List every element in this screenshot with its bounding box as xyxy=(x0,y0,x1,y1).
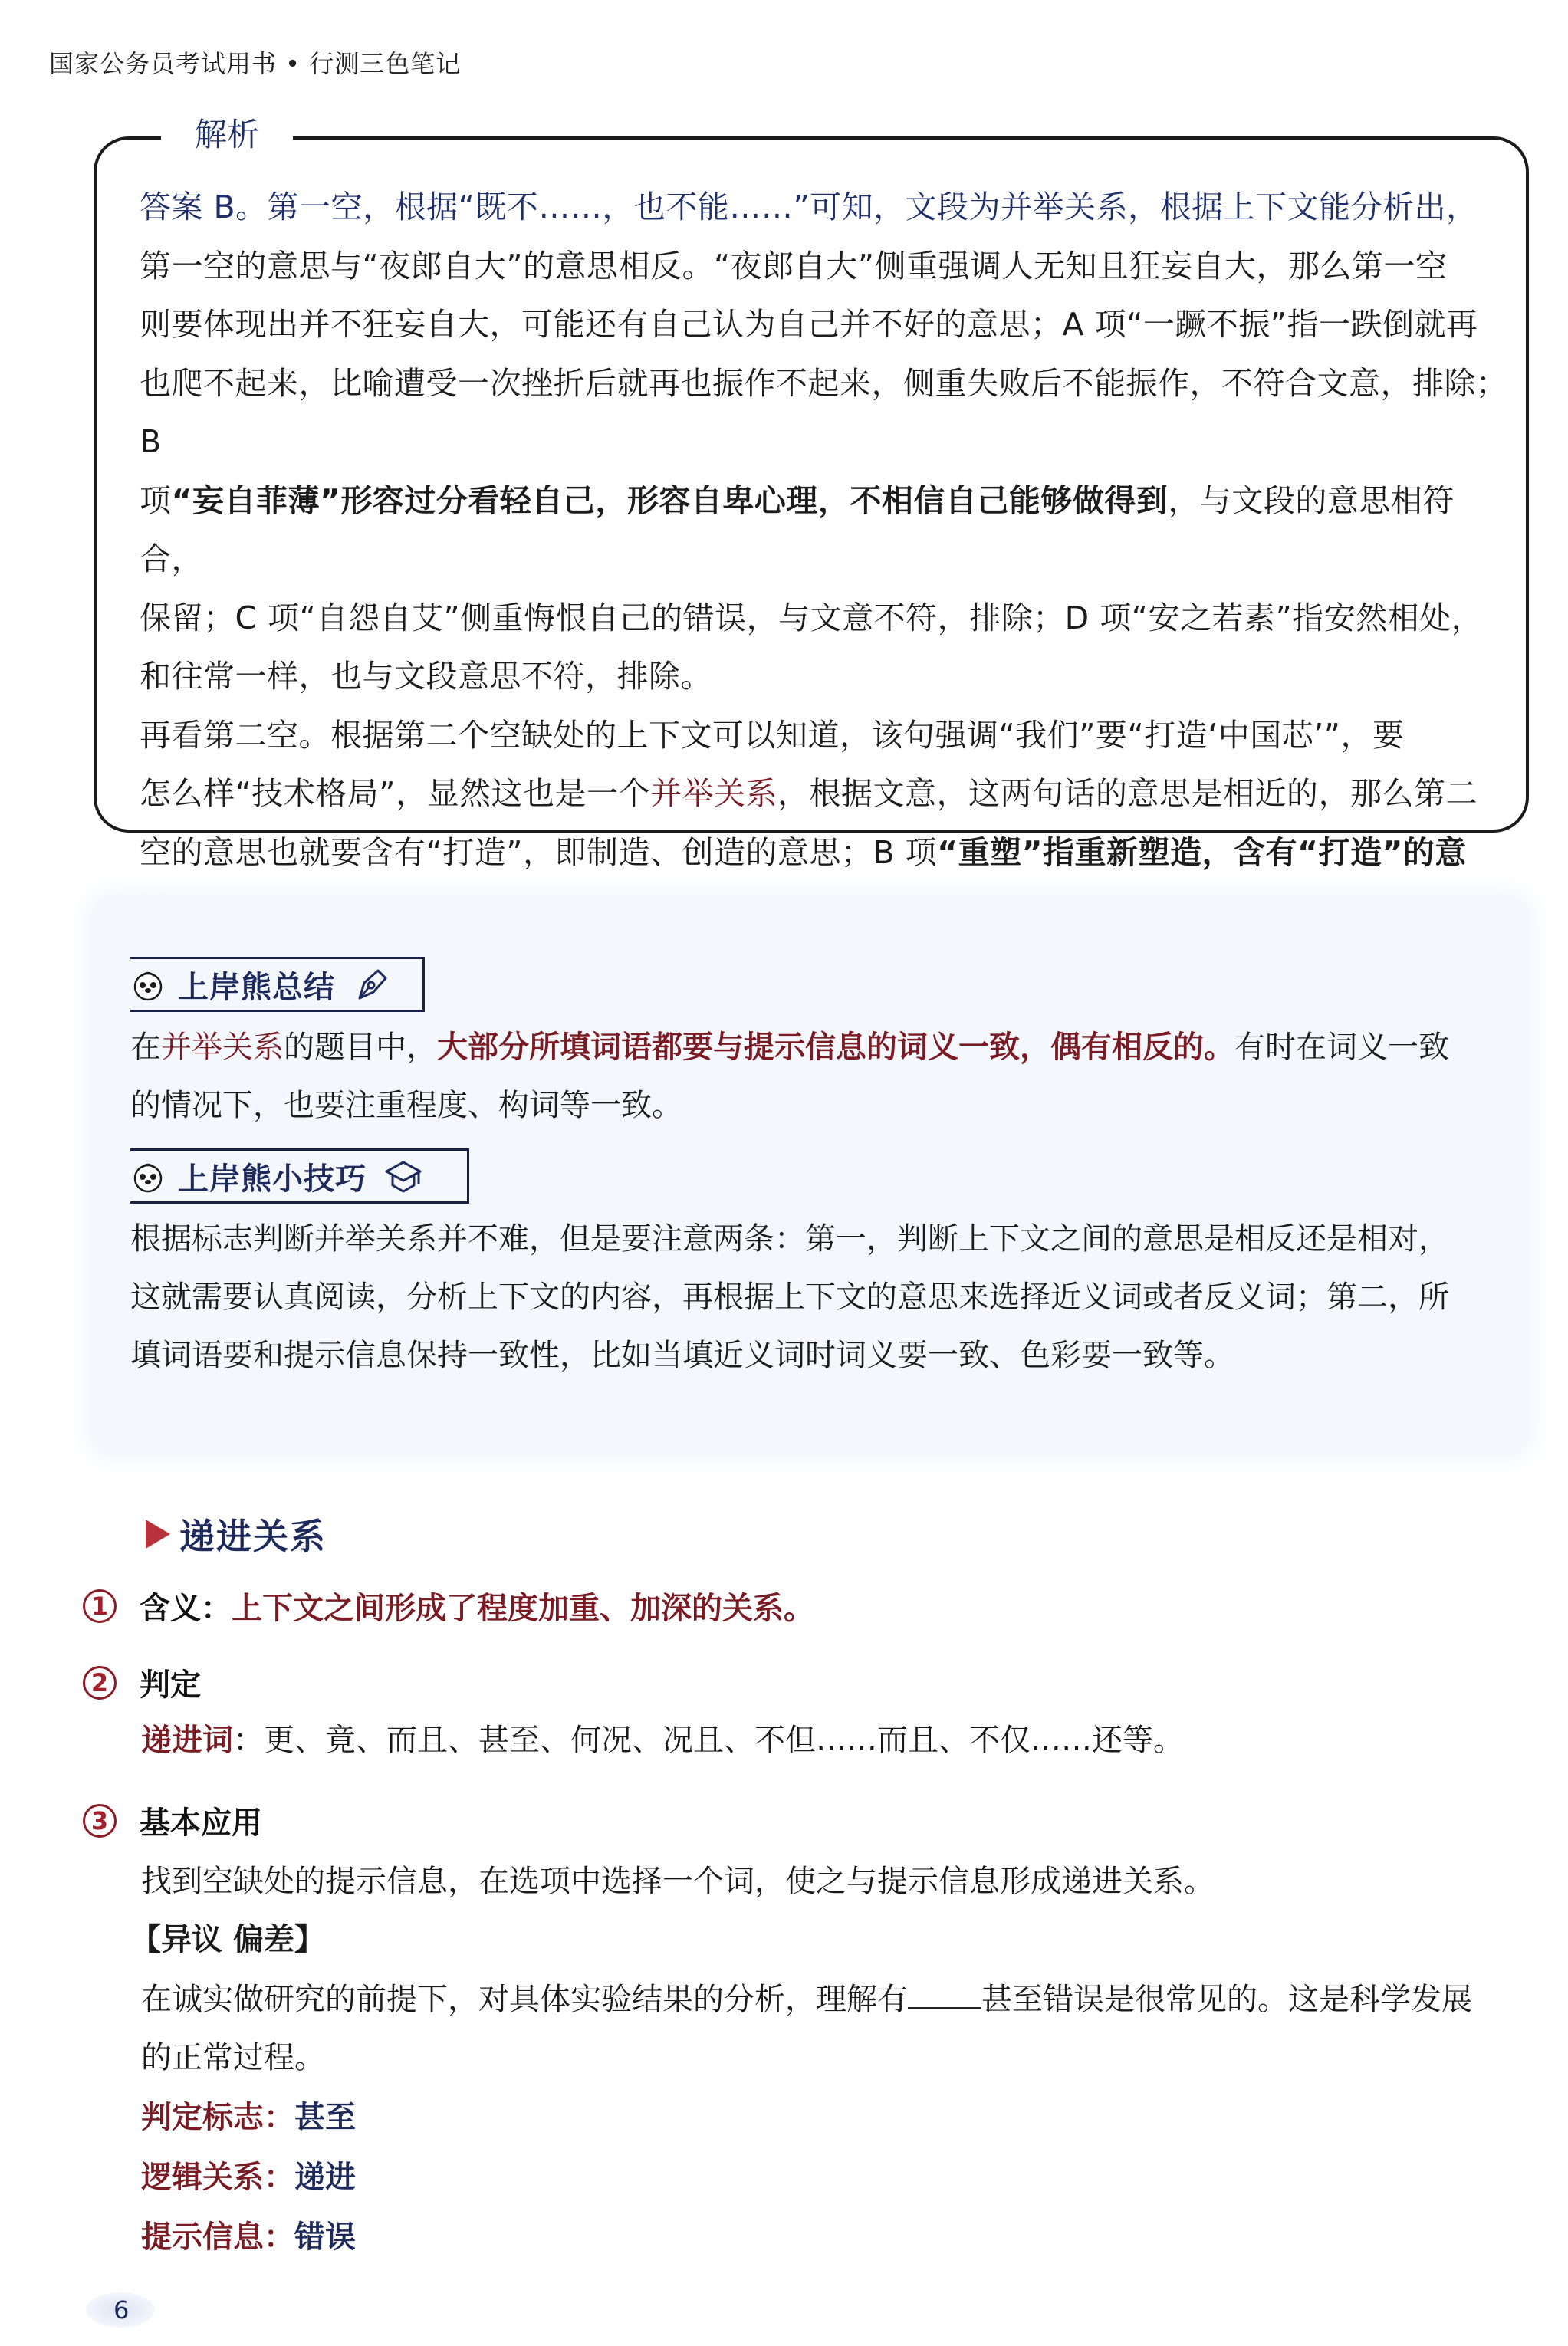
text-line: 和往常一样，也与文段意思不符，排除。 xyxy=(140,647,1512,706)
analysis-body: 答案 B。第一空，根据“既不……，也不能……”可知，文段为并举关系，根据上下文能… xyxy=(140,178,1512,999)
analysis-title: 解析 xyxy=(161,113,293,156)
row-label: 判定标志： xyxy=(141,2100,294,2135)
running-header: 国家公务员考试用书 • 行测三色笔记 xyxy=(49,44,461,80)
section-heading-label: 递进关系 xyxy=(179,1509,327,1559)
analysis-row: 逻辑关系：递进 xyxy=(141,2154,356,2200)
tips-text: 根据标志判断并举关系并不难，但是要注意两条：第一，判断上下文之间的意思是相反还是… xyxy=(130,1210,1510,1385)
text-segment: 怎么样“技术格局”，显然这也是一个 xyxy=(140,775,650,812)
text-segment: ，根据文意，这两句话的意思是相近的，那么第二 xyxy=(777,775,1478,812)
fill-blank xyxy=(908,1981,981,2009)
bear-mascot-icon xyxy=(130,967,166,1002)
example-after-blank: 甚至错误是很常见的。这是科学发展 xyxy=(981,1982,1472,2017)
text-segment: 答案 B。第一空，根据“既不……，也不能……”可知，文段为 xyxy=(140,189,1001,225)
row-value: 错误 xyxy=(294,2219,356,2255)
text-line: 填词语要和提示信息保持一致性，比如当填近义词时词义要一致、色彩要一致等。 xyxy=(130,1326,1510,1385)
text-segment: 空的意思也就要含有“打造”，即制造、创造的意思；B 项 xyxy=(140,834,937,871)
bear-mascot-icon xyxy=(130,1158,166,1194)
text-segment: “妄自菲薄”形容过分看轻自己，形容自卑心理，不相信自己能够做得到 xyxy=(172,482,1169,519)
text-segment: 保留；C 项“自怨自艾”侧重悔恨自己的错误，与文意不符，排除；D 项“安之若素”… xyxy=(140,600,1483,636)
text-segment: 在 xyxy=(130,1030,161,1065)
text-segment: 并举关系 xyxy=(1001,189,1128,225)
text-segment: 有时在词义一致 xyxy=(1234,1030,1449,1065)
number-circle-icon: 2 xyxy=(83,1666,117,1700)
text-line: 也爬不起来，比喻遭受一次挫折后就再也振作不起来，侧重失败后不能振作，不符合文意，… xyxy=(140,354,1512,472)
section-heading: 递进关系 xyxy=(146,1509,327,1559)
analysis-row: 判定标志：甚至 xyxy=(141,2095,356,2141)
summary-tag: 上岸熊总结 xyxy=(130,957,425,1012)
text-line: 答案 B。第一空，根据“既不……，也不能……”可知，文段为并举关系，根据上下文能… xyxy=(140,178,1512,237)
text-line: 则要体现出并不狂妄自大，可能还有自己认为自己并不好的意思；A 项“一蹶不振”指一… xyxy=(140,295,1512,354)
item-meaning: 1 含义： 上下文之间形成了程度加重、加深的关系。 xyxy=(83,1584,814,1628)
item-judge: 2 判定 xyxy=(83,1661,201,1704)
application-text: 找到空缺处的提示信息，在选项中选择一个词，使之与提示信息形成递进关系。 xyxy=(141,1858,1215,1904)
judge-line: 递进词：更、竟、而且、甚至、何况、况且、不但……而且、不仅……还等。 xyxy=(141,1717,1184,1763)
text-segment: 大部分所填词语都要与提示信息的词义一致，偶有相反的。 xyxy=(437,1030,1234,1065)
text-line: 这就需要认真阅读，分析上下文的内容，再根据上下文的意思来选择近义词或者反义词；第… xyxy=(130,1268,1510,1326)
page-number: 6 xyxy=(113,2295,129,2325)
triangle-bullet-icon xyxy=(146,1520,170,1549)
analysis-row: 提示信息：错误 xyxy=(141,2214,356,2260)
text-line: 怎么样“技术格局”，显然这也是一个并举关系，根据文意，这两句话的意思是相近的，那… xyxy=(140,764,1512,823)
summary-tag-label: 上岸熊总结 xyxy=(178,963,335,1007)
example-line-2: 的正常过程。 xyxy=(141,2035,325,2081)
page-number-badge: 6 xyxy=(86,2292,155,2328)
text-segment: 也爬不起来，比喻遭受一次挫折后就再也振作不起来，侧重失败后不能振作，不符合文意，… xyxy=(140,365,1508,461)
text-segment: 则要体现出并不狂妄自大，可能还有自己认为自己并不好的意思；A 项“一蹶不振”指一… xyxy=(140,306,1478,343)
number-circle-icon: 1 xyxy=(83,1589,117,1623)
text-line: 保留；C 项“自怨自艾”侧重悔恨自己的错误，与文意不符，排除；D 项“安之若素”… xyxy=(140,589,1512,648)
tips-tag-label: 上岸熊小技巧 xyxy=(178,1155,367,1198)
row-value: 甚至 xyxy=(294,2100,356,2135)
text-line: 根据标志判断并举关系并不难，但是要注意两条：第一，判断上下文之间的意思是相反还是… xyxy=(130,1210,1510,1268)
item-title: 含义： xyxy=(140,1584,232,1628)
pen-icon xyxy=(352,964,392,1004)
meaning-text: 上下文之间形成了程度加重、加深的关系。 xyxy=(232,1584,814,1628)
text-line: 的情况下，也要注重程度、构词等一致。 xyxy=(130,1076,1510,1135)
tips-tag: 上岸熊小技巧 xyxy=(130,1148,469,1204)
row-label: 逻辑关系： xyxy=(141,2160,294,2195)
item-title: 基本应用 xyxy=(140,1799,262,1842)
example-before-blank: 在诚实做研究的前提下，对具体实验结果的分析，理解有 xyxy=(141,1982,908,2017)
summary-text: 在并举关系的题目中，大部分所填词语都要与提示信息的词义一致，偶有相反的。有时在词… xyxy=(130,1018,1510,1135)
item-application: 3 基本应用 xyxy=(83,1799,262,1842)
row-value: 递进 xyxy=(294,2160,356,2195)
text-line: 在并举关系的题目中，大部分所填词语都要与提示信息的词义一致，偶有相反的。有时在词… xyxy=(130,1018,1510,1076)
example-line-1: 在诚实做研究的前提下，对具体实验结果的分析，理解有甚至错误是很常见的。这是科学发… xyxy=(141,1976,1472,2022)
text-segment: 项 xyxy=(140,482,172,519)
text-segment: 再看第二空。根据第二个空缺处的上下文可以知道，该句强调“我们”要“打造‘中国芯’… xyxy=(140,717,1405,754)
example-options: 【异议 偏差】 xyxy=(130,1917,325,1963)
text-line: 项“妄自菲薄”形容过分看轻自己，形容自卑心理，不相信自己能够做得到，与文段的意思… xyxy=(140,472,1512,589)
item-title: 判定 xyxy=(140,1661,201,1704)
judge-label: 递进词 xyxy=(141,1723,233,1758)
text-segment: 的题目中， xyxy=(284,1030,437,1065)
text-segment: 并举关系 xyxy=(650,775,777,812)
text-segment: ，根据上下文能分析出， xyxy=(1128,189,1478,225)
number-circle-icon: 3 xyxy=(83,1804,117,1838)
text-segment: 的情况下，也要注重程度、构词等一致。 xyxy=(130,1088,682,1123)
text-segment: 并举关系 xyxy=(161,1030,284,1065)
text-line: 第一空的意思与“夜郎自大”的意思相反。“夜郎自大”侧重强调人无知且狂妄自大，那么… xyxy=(140,237,1512,296)
text-line: 再看第二空。根据第二个空缺处的上下文可以知道，该句强调“我们”要“打造‘中国芯’… xyxy=(140,706,1512,765)
judge-words: ：更、竟、而且、甚至、何况、况且、不但……而且、不仅……还等。 xyxy=(233,1723,1184,1758)
graduation-cap-icon xyxy=(383,1156,423,1196)
text-segment: 第一空的意思与“夜郎自大”的意思相反。“夜郎自大”侧重强调人无知且狂妄自大，那么… xyxy=(140,248,1447,284)
row-label: 提示信息： xyxy=(141,2219,294,2255)
text-segment: 和往常一样，也与文段意思不符，排除。 xyxy=(140,658,712,695)
